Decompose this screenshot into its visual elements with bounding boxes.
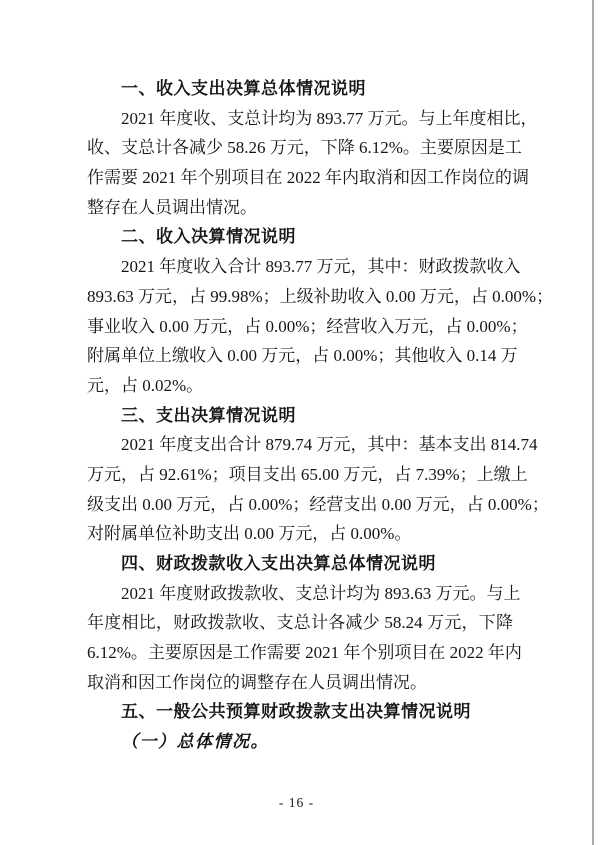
paragraph-line: 整存在人员调出情况。 bbox=[87, 193, 513, 223]
paragraph-line: 级支出 0.00 万元，占 0.00%；经营支出 0.00 万元，占 0.00%… bbox=[87, 490, 513, 520]
paragraph-line: 2021 年度财政拨款收、支总计均为 893.63 万元。与上 bbox=[87, 579, 513, 609]
paragraph-line: 元，占 0.02%。 bbox=[87, 371, 513, 401]
section-heading-4: 四、财政拨款收入支出决算总体情况说明 bbox=[87, 549, 513, 579]
section-heading-2: 二、收入决算情况说明 bbox=[87, 222, 513, 252]
paragraph-line: 对附属单位补助支出 0.00 万元，占 0.00%。 bbox=[87, 519, 513, 549]
section-heading-5: 五、一般公共预算财政拨款支出决算情况说明 bbox=[87, 697, 513, 727]
section-heading-6: （一）总体情况。 bbox=[87, 727, 513, 757]
document-body: 一、收入支出决算总体情况说明2021 年度收、支总计均为 893.77 万元。与… bbox=[87, 74, 513, 757]
section-heading-3: 三、支出决算情况说明 bbox=[87, 401, 513, 431]
paragraph-line: 作需要 2021 年个别项目在 2022 年内取消和因工作岗位的调 bbox=[87, 163, 513, 193]
paragraph-line: 年度相比，财政拨款收、支总计各减少 58.24 万元，下降 bbox=[87, 608, 513, 638]
paragraph-line: 2021 年度收、支总计均为 893.77 万元。与上年度相比， bbox=[87, 104, 513, 134]
page-number: - 16 - bbox=[0, 795, 593, 811]
paragraph-line: 附属单位上缴收入 0.00 万元，占 0.00%；其他收入 0.14 万 bbox=[87, 341, 513, 371]
section-heading-1: 一、收入支出决算总体情况说明 bbox=[87, 74, 513, 104]
page-background: 一、收入支出决算总体情况说明2021 年度收、支总计均为 893.77 万元。与… bbox=[0, 0, 600, 845]
paragraph-line: 事业收入 0.00 万元，占 0.00%；经营收入万元，占 0.00%； bbox=[87, 312, 513, 342]
paragraph-line: 2021 年度收入合计 893.77 万元，其中：财政拨款收入 bbox=[87, 252, 513, 282]
page-edge-line bbox=[592, 0, 594, 845]
scanned-document-page: { "page": { "number_label": "- 16 -", "b… bbox=[0, 0, 600, 845]
paragraph-line: 万元，占 92.61%；项目支出 65.00 万元，占 7.39%；上缴上 bbox=[87, 460, 513, 490]
paragraph-line: 2021 年度支出合计 879.74 万元，其中：基本支出 814.74 bbox=[87, 430, 513, 460]
paragraph-line: 收、支总计各减少 58.26 万元，下降 6.12%。主要原因是工 bbox=[87, 133, 513, 163]
paragraph-line: 893.63 万元，占 99.98%；上级补助收入 0.00 万元，占 0.00… bbox=[87, 282, 513, 312]
paragraph-line: 6.12%。主要原因是工作需要 2021 年个别项目在 2022 年内 bbox=[87, 638, 513, 668]
paragraph-line: 取消和因工作岗位的调整存在人员调出情况。 bbox=[87, 668, 513, 698]
